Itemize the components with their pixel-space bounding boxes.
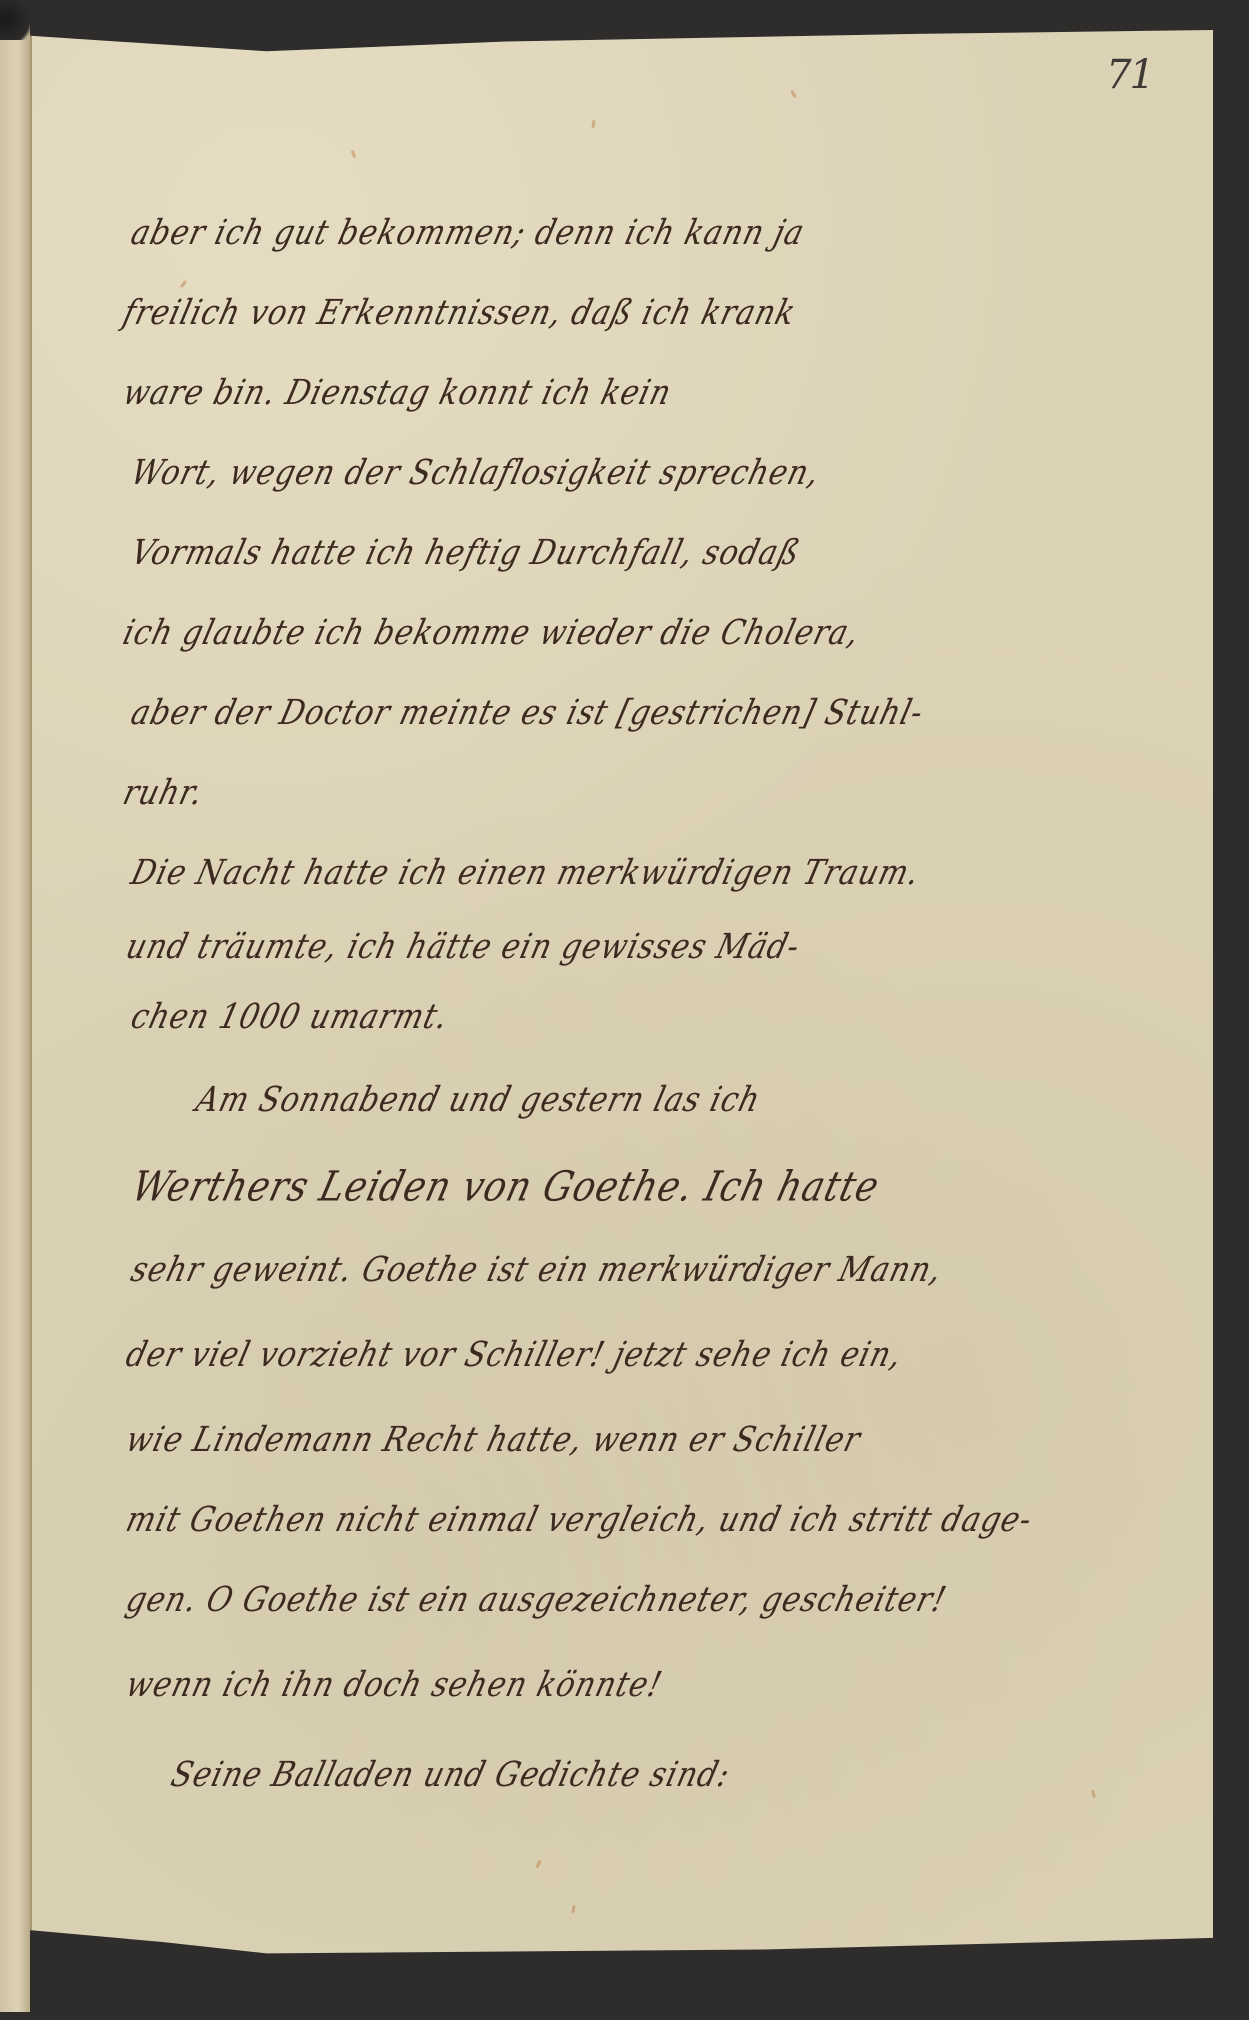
paper-fleck bbox=[571, 1905, 575, 1913]
paper-fleck bbox=[535, 1860, 541, 1869]
paper-fleck bbox=[351, 150, 357, 159]
text-line: Seine Balladen und Gedichte sind: bbox=[167, 1755, 734, 1795]
text-line: Die Nacht hatte ich einen merkwürdigen T… bbox=[127, 853, 924, 893]
text-line: mit Goethen nicht einmal vergleich, und … bbox=[122, 1500, 1036, 1540]
text-line: freilich von Erkenntnissen, daß ich kran… bbox=[119, 293, 800, 333]
binding-shadow bbox=[0, 0, 40, 40]
paper-fleck bbox=[180, 280, 187, 288]
manuscript-page: 71 aber ich gut bekommen; denn ich kann … bbox=[30, 30, 1213, 1965]
text-line: aber ich gut bekommen; denn ich kann ja bbox=[127, 213, 809, 253]
text-line: sehr geweint. Goethe ist ein merkwürdige… bbox=[127, 1250, 947, 1290]
paper-fleck bbox=[1091, 1790, 1096, 1799]
text-line: wie Lindemann Recht hatte, wenn er Schil… bbox=[122, 1420, 865, 1460]
paper-fleck bbox=[591, 120, 595, 128]
text-line: und träumte, ich hätte ein gewisses Mäd- bbox=[122, 927, 804, 967]
paper-fleck bbox=[790, 90, 797, 98]
text-line: ware bin. Dienstag konnt ich kein bbox=[119, 373, 676, 413]
text-line: Vormals hatte ich heftig Durchfall, soda… bbox=[127, 533, 804, 573]
text-line: chen 1000 umarmt. bbox=[127, 997, 453, 1037]
text-line: gen. O Goethe ist ein ausgezeichneter, g… bbox=[122, 1580, 951, 1620]
text-line: ich glaubte ich bekomme wieder die Chole… bbox=[119, 613, 864, 653]
text-line: ruhr. bbox=[119, 773, 208, 813]
folio-number: 71 bbox=[1106, 52, 1153, 98]
text-line: wenn ich ihn doch sehen könnte! bbox=[122, 1665, 666, 1705]
previous-page-edge bbox=[0, 22, 30, 2012]
text-line: aber der Doctor meinte es ist [gestriche… bbox=[127, 693, 928, 733]
text-line: der viel vorzieht vor Schiller! jetzt se… bbox=[122, 1335, 906, 1375]
text-line: Am Sonnabend und gestern las ich bbox=[192, 1080, 765, 1120]
text-line: Werthers Leiden von Goethe. Ich hatte bbox=[127, 1164, 884, 1211]
text-line: Wort, wegen der Schlaflosigkeit sprechen… bbox=[127, 453, 824, 493]
